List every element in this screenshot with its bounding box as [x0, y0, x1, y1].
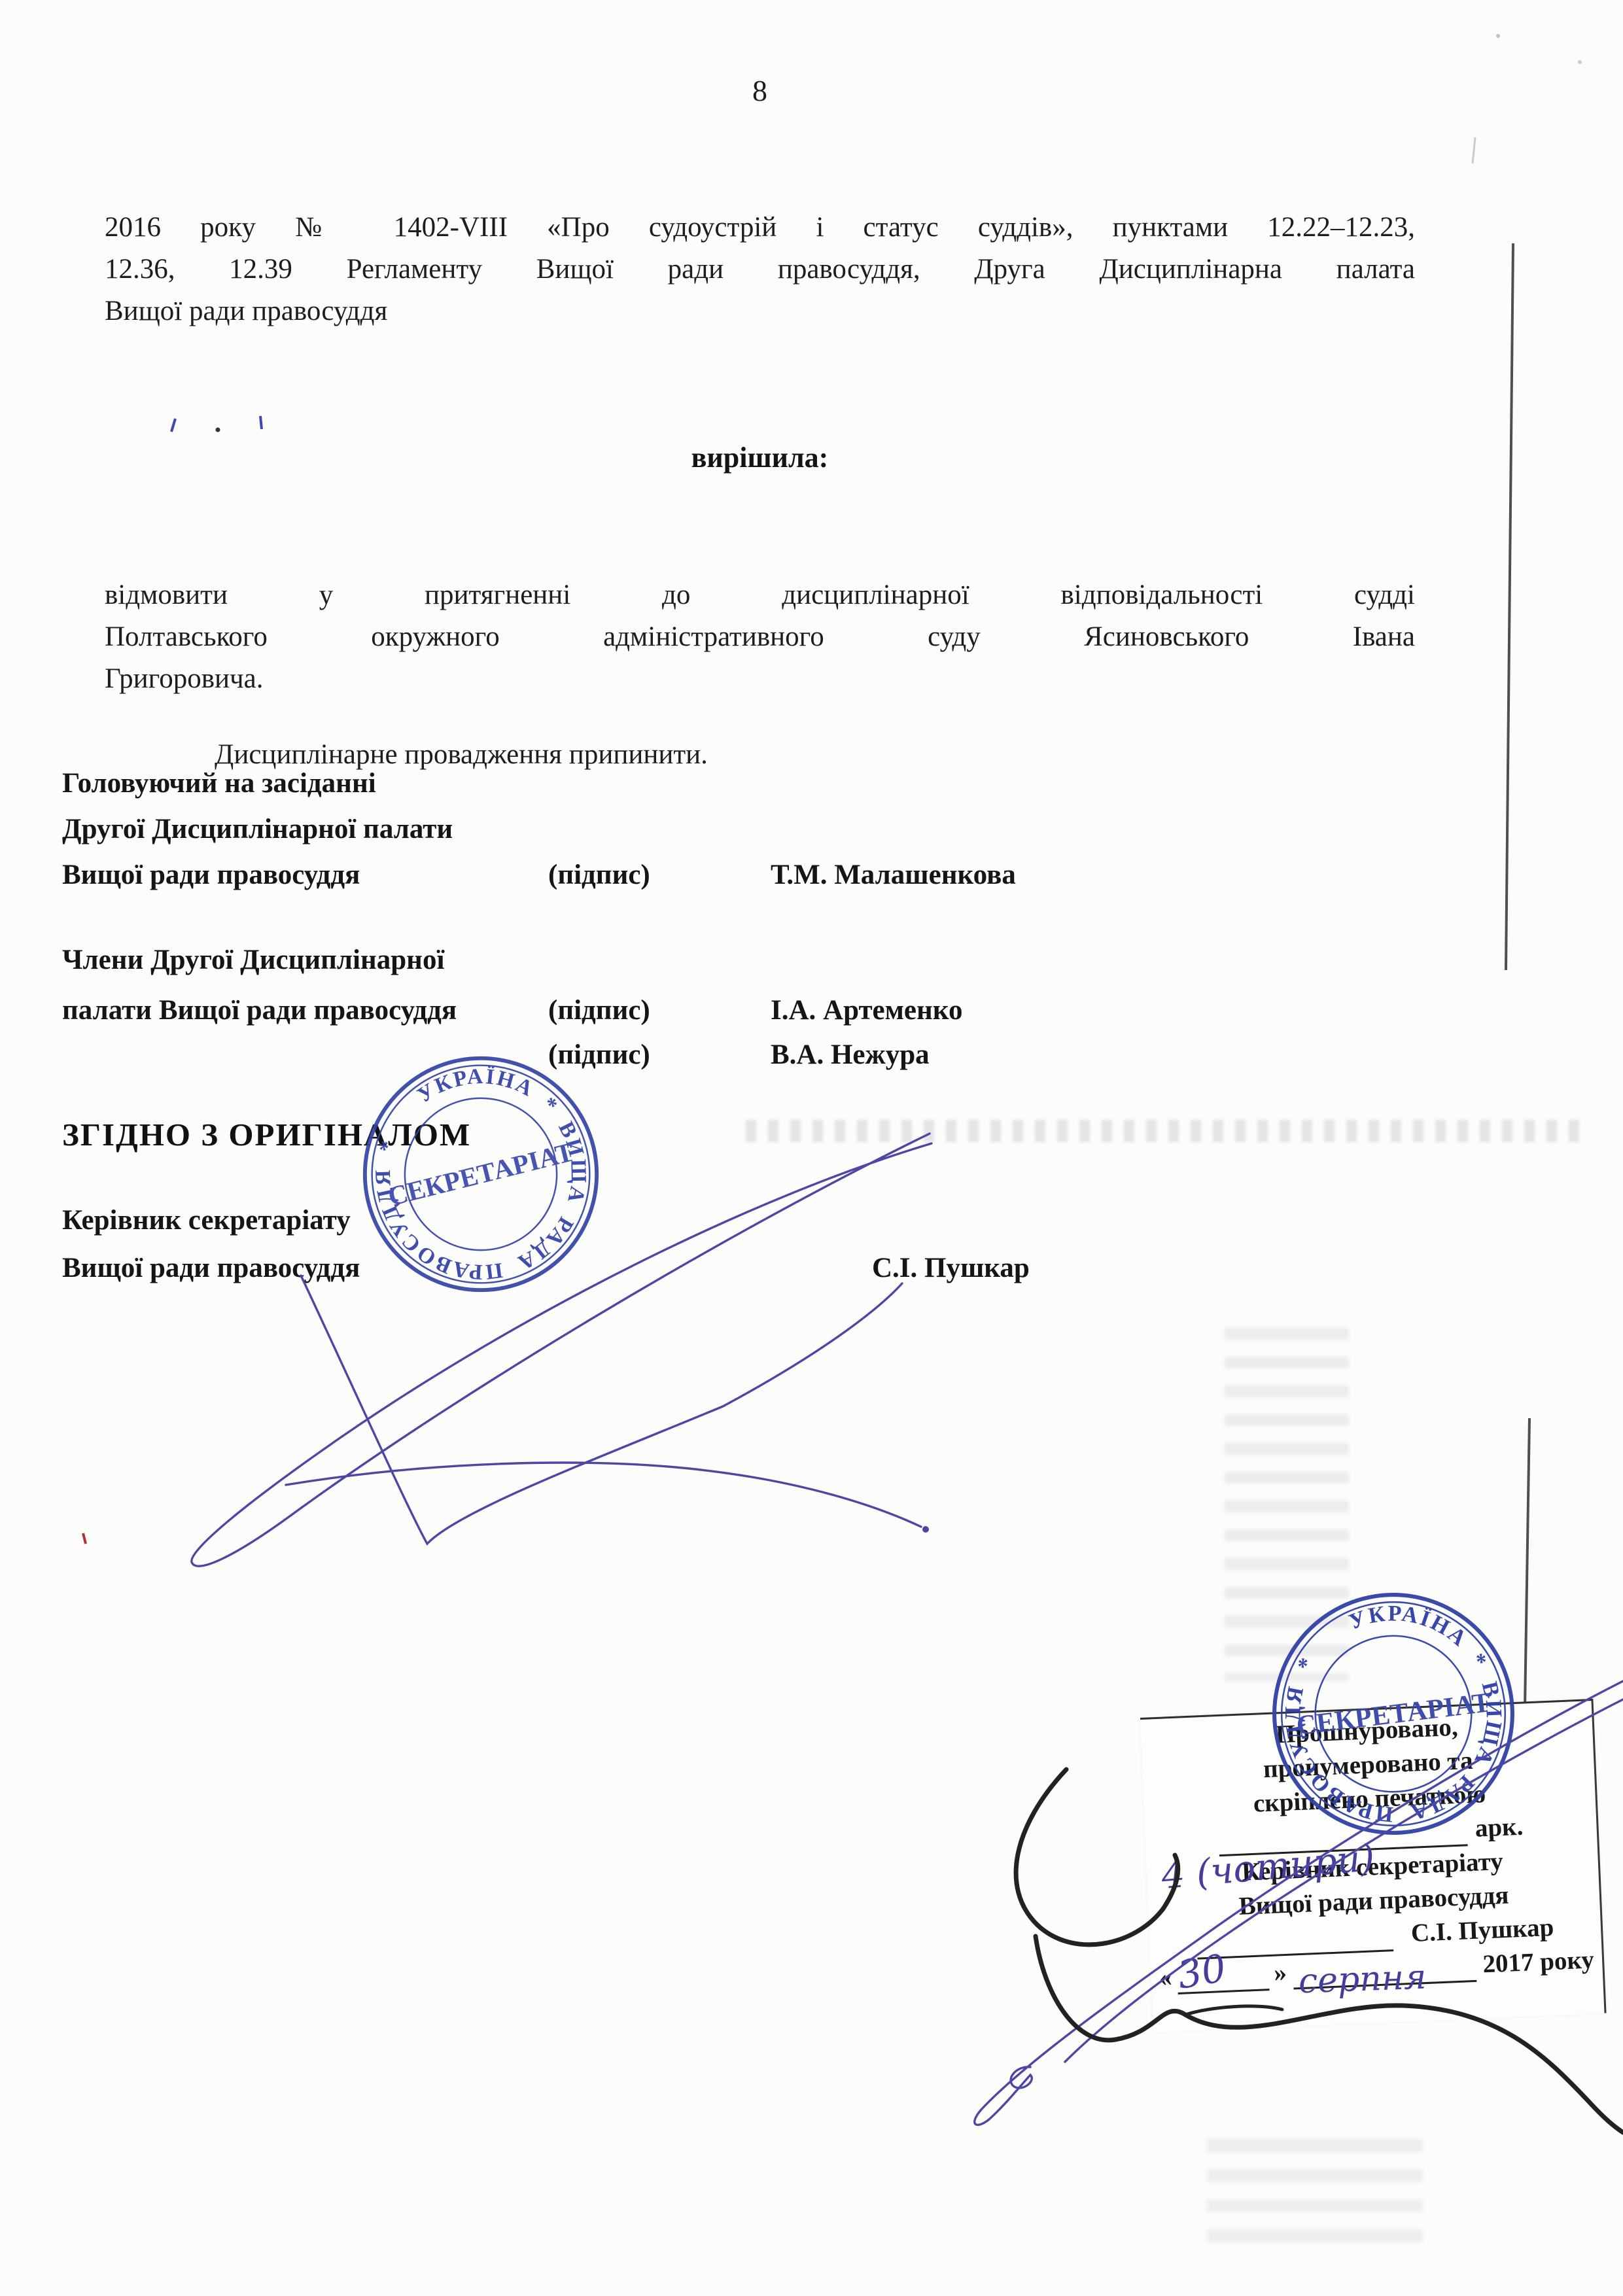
paragraph-line: 12.36, 12.39 Регламенту Вищої ради право…	[105, 249, 1415, 290]
member1-signature-note: (підпис)	[548, 994, 650, 1028]
page-number: 8	[105, 73, 1415, 108]
cert-name: С.І. Пушкар	[872, 1251, 1030, 1285]
member1-name: І.А. Артеменко	[771, 994, 963, 1028]
date-year: 2017 року	[1482, 1943, 1594, 1981]
scanned-document-page: 8 2016 року № 1402-VIII «Про судоустрій …	[0, 0, 1623, 2296]
paragraph-line: Полтавського окружного адміністративного…	[105, 616, 1415, 658]
stamp2-center-text: СЕКРЕТАРІАТ	[1295, 1687, 1492, 1741]
stamp-center-text: СЕКРЕТАРІАТ	[385, 1136, 576, 1211]
signature-ink-dot	[922, 1526, 929, 1533]
cert-role-line2: Вищої ради правосуддя	[62, 1251, 360, 1285]
cert-role-line1: Керівник секретаріату	[62, 1204, 351, 1238]
members-role-line1: Члени Другої Дисциплінарної	[62, 943, 444, 977]
handwritten-month: серпня	[1298, 1958, 1427, 2002]
paragraph-decision: відмовити у притягненні до дисциплінарно…	[105, 574, 1415, 700]
member2-name: В.А. Нежура	[771, 1038, 930, 1072]
date-close-quote: »	[1273, 1956, 1287, 1991]
fold-crease-lines	[1506, 243, 1529, 1709]
chair-role-line3: Вищої ради правосуддя	[62, 858, 360, 892]
bleedthrough-band	[746, 1120, 1583, 1142]
paragraph-line: Вищої ради правосуддя	[105, 290, 1415, 332]
chair-role-line2: Другої Дисциплінарної палати	[62, 812, 453, 846]
chair-signature-note: (підпис)	[548, 858, 650, 892]
date-open-quote: «	[1159, 1960, 1173, 1995]
label-name: С.І. Пушкар	[1410, 1911, 1554, 1951]
members-role-line2: палати Вищої ради правосуддя	[62, 994, 457, 1028]
chair-name: Т.М. Малашенкова	[771, 858, 1016, 892]
chair-role-line1: Головуючий на засіданні	[62, 767, 376, 801]
paragraph-line: відмовити у притягненні до дисциплінарно…	[105, 574, 1415, 616]
handwritten-day: 30	[1174, 1945, 1229, 1998]
secretariat-round-stamp: УКРАЇНА * ВИЩА РАДА ПРАВОСУДДЯ * СЕКРЕТА…	[358, 1052, 603, 1296]
paragraph-line: 2016 року № 1402-VIII «Про судоустрій і …	[105, 207, 1415, 249]
decision-heading: вирішила:	[105, 441, 1415, 474]
paragraph-line: Григоровича.	[105, 658, 1415, 700]
bleedthrough-smudge	[1207, 2139, 1423, 2250]
paragraph-legal-basis: 2016 року № 1402-VIII «Про судоустрій і …	[105, 207, 1415, 332]
